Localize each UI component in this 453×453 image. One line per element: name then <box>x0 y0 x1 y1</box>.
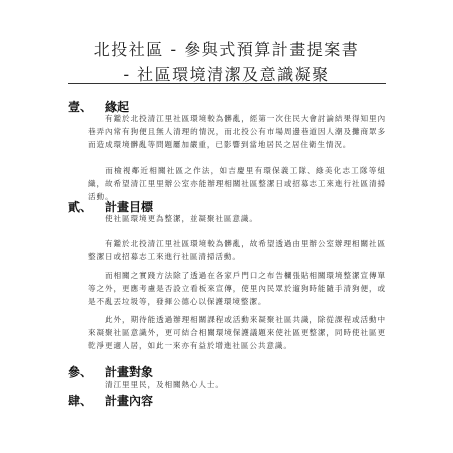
section-number: 參、 <box>68 363 105 380</box>
section-title: 計畫對象 <box>105 365 153 379</box>
document-title-line2: - 社區環境清潔及意識凝聚 <box>0 62 453 85</box>
document-title-line1: 北投社區 - 參與式預算計畫提案書 <box>0 37 453 60</box>
section-number: 肆、 <box>68 392 105 409</box>
paragraph: 有鑑於北投清江里社區環境較為髒亂，故希望透過由里辦公室辦理相關社區整潔日或招募志… <box>88 237 386 263</box>
section-title: 計畫內容 <box>105 394 153 408</box>
paragraph: 使社區環境更為整潔，並凝聚社區意識。 <box>88 212 386 225</box>
title-underline <box>68 83 386 84</box>
paragraph: 有鑑於北投清江里社區環境較為髒亂，經第一次住民大會討論結果得知里內巷弄內常有狗便… <box>88 112 386 151</box>
paragraph: 而相關之實踐方法除了透過在各家戶門口之布告欄張貼相關環境整潔宣傳單等之外，更應考… <box>88 269 386 308</box>
section-heading-content: 肆、計畫內容 <box>68 392 153 409</box>
paragraph: 清江里里民，及相關熱心人士。 <box>105 378 385 391</box>
paragraph: 此外，期待能透過辦理相關課程或活動來凝聚社區共識，除從課程或活動中來凝聚社區意識… <box>88 313 386 352</box>
